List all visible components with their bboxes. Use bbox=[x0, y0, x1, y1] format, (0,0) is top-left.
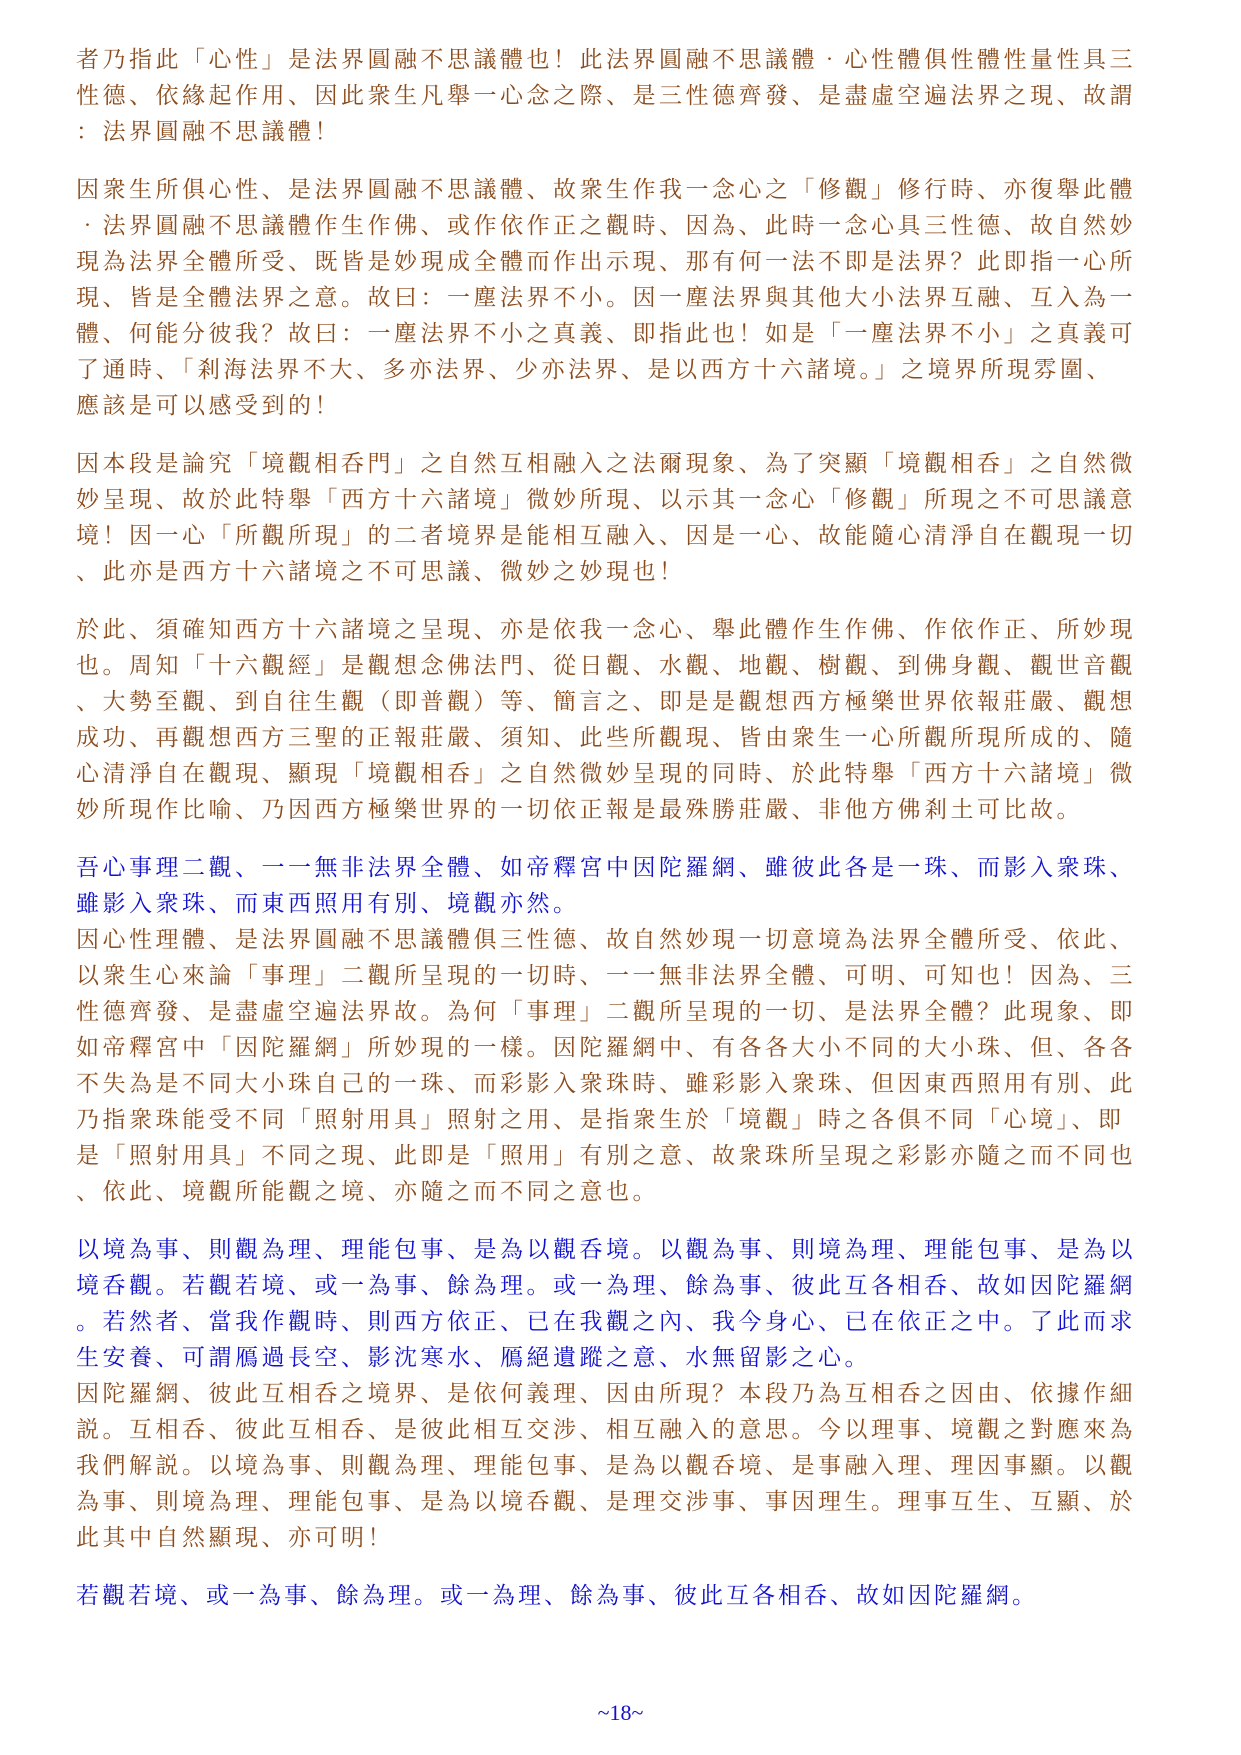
quote-line: 若觀若境、或一為事、餘為理。或一為理、餘為事、彼此互各相呑、故如因陀羅網。 bbox=[76, 1578, 1166, 1614]
text-line: 是「照射用具」不同之現、此即是「照用」有別之意、故衆珠所呈現之彩影亦隨之而不同也 bbox=[76, 1138, 1166, 1174]
text-line: 為事、則境為理、理能包事、是為以境呑觀、是理交涉事、事因理生。理事互生、互顯、於 bbox=[76, 1484, 1166, 1520]
text-line: 如帝釋宮中「因陀羅網」所妙現的一樣。因陀羅網中、有各各大小不同的大小珠、但、各各 bbox=[76, 1030, 1166, 1066]
text-line: 我們解説。以境為事、則觀為理、理能包事、是為以觀呑境、是事融入理、理因事顯。以觀 bbox=[76, 1448, 1166, 1484]
text-line: 、此亦是西方十六諸境之不可思議、微妙之妙現也！ bbox=[76, 554, 1166, 590]
quote-line: 生安養、可謂鴈過長空、影沈寒水、鴈絕遺蹤之意、水無留影之心。 bbox=[76, 1340, 1166, 1376]
text-line: 妙所現作比喻、乃因西方極樂世界的一切依正報是最殊勝莊嚴、非他方佛剎土可比故。 bbox=[76, 792, 1166, 828]
text-line: 因本段是論究「境觀相呑門」之自然互相融入之法爾現象、為了突顯「境觀相呑」之自然微 bbox=[76, 446, 1166, 482]
text-line: 境！因一心「所觀所現」的二者境界是能相互融入、因是一心、故能隨心清淨自在觀現一切 bbox=[76, 518, 1166, 554]
text-line: 妙呈現、故於此特舉「西方十六諸境」微妙所現、以示其一念心「修觀」所現之不可思議意 bbox=[76, 482, 1166, 518]
text-line: 現、皆是全體法界之意。故曰：一塵法界不小。因一塵法界與其他大小法界互融、互入為一 bbox=[76, 280, 1166, 316]
quote-line: 吾心事理二觀、一一無非法界全體、如帝釋宮中因陀羅網、雖彼此各是一珠、而影入衆珠、 bbox=[76, 850, 1166, 886]
text-line: 、依此、境觀所能觀之境、亦隨之而不同之意也。 bbox=[76, 1174, 1166, 1210]
text-line: 性德、依緣起作用、因此衆生凡舉一心念之際、是三性德齊發、是盡虛空遍法界之現、故謂 bbox=[76, 78, 1166, 114]
text-line: 乃指衆珠能受不同「照射用具」照射之用、是指衆生於「境觀」時之各俱不同「心境」、即 bbox=[76, 1102, 1166, 1138]
text-line: 現為法界全體所受、既皆是妙現成全體而作出示現、那有何一法不即是法界？此即指一心所 bbox=[76, 244, 1166, 280]
paragraph-7: 若觀若境、或一為事、餘為理。或一為理、餘為事、彼此互各相呑、故如因陀羅網。 bbox=[76, 1578, 1166, 1614]
text-line: 者乃指此「心性」是法界圓融不思議體也！此法界圓融不思議體‧心性體俱性體性量性具三 bbox=[76, 42, 1166, 78]
text-line: ‧法界圓融不思議體作生作佛、或作依作正之觀時、因為、此時一念心具三性德、故自然妙 bbox=[76, 208, 1166, 244]
text-line: 成功、再觀想西方三聖的正報莊嚴、須知、此些所觀現、皆由衆生一心所觀所現所成的、隨 bbox=[76, 720, 1166, 756]
text-line: 了通時、「剎海法界不大、多亦法界、少亦法界、是以西方十六諸境。」之境界所現雰圍、 bbox=[76, 352, 1166, 388]
text-line: 也。周知「十六觀經」是觀想念佛法門、從日觀、水觀、地觀、樹觀、到佛身觀、觀世音觀 bbox=[76, 648, 1166, 684]
page-number: ~18~ bbox=[0, 1700, 1241, 1726]
paragraph-6: 以境為事、則觀為理、理能包事、是為以觀呑境。以觀為事、則境為理、理能包事、是為以… bbox=[76, 1232, 1166, 1556]
quote-line: 以境為事、則觀為理、理能包事、是為以觀呑境。以觀為事、則境為理、理能包事、是為以 bbox=[76, 1232, 1166, 1268]
paragraph-2: 因衆生所俱心性、是法界圓融不思議體、故衆生作我一念心之「修觀」修行時、亦復舉此體… bbox=[76, 172, 1166, 424]
document-page: 者乃指此「心性」是法界圓融不思議體也！此法界圓融不思議體‧心性體俱性體性量性具三… bbox=[76, 42, 1166, 1636]
text-line: 應該是可以感受到的！ bbox=[76, 388, 1166, 424]
paragraph-3: 因本段是論究「境觀相呑門」之自然互相融入之法爾現象、為了突顯「境觀相呑」之自然微… bbox=[76, 446, 1166, 590]
text-line: 此其中自然顯現、亦可明！ bbox=[76, 1520, 1166, 1556]
paragraph-1: 者乃指此「心性」是法界圓融不思議體也！此法界圓融不思議體‧心性體俱性體性量性具三… bbox=[76, 42, 1166, 150]
text-line: 因陀羅網、彼此互相呑之境界、是依何義理、因由所現？本段乃為互相呑之因由、依據作細 bbox=[76, 1376, 1166, 1412]
text-line: 因衆生所俱心性、是法界圓融不思議體、故衆生作我一念心之「修觀」修行時、亦復舉此體 bbox=[76, 172, 1166, 208]
text-line: 性德齊發、是盡虛空遍法界故。為何「事理」二觀所呈現的一切、是法界全體？此現象、即 bbox=[76, 994, 1166, 1030]
quote-line: 境呑觀。若觀若境、或一為事、餘為理。或一為理、餘為事、彼此互各相呑、故如因陀羅網 bbox=[76, 1268, 1166, 1304]
text-line: 體、何能分彼我？故曰：一塵法界不小之真義、即指此也！如是「一塵法界不小」之真義可 bbox=[76, 316, 1166, 352]
quote-line: 。若然者、當我作觀時、則西方依正、已在我觀之內、我今身心、已在依正之中。了此而求 bbox=[76, 1304, 1166, 1340]
text-line: ：法界圓融不思議體！ bbox=[76, 114, 1166, 150]
text-line: 以衆生心來論「事理」二觀所呈現的一切時、一一無非法界全體、可明、可知也！因為、三 bbox=[76, 958, 1166, 994]
paragraph-4: 於此、須確知西方十六諸境之呈現、亦是依我一念心、舉此體作生作佛、作依作正、所妙現… bbox=[76, 612, 1166, 828]
text-line: 因心性理體、是法界圓融不思議體俱三性德、故自然妙現一切意境為法界全體所受、依此、 bbox=[76, 922, 1166, 958]
text-line: 於此、須確知西方十六諸境之呈現、亦是依我一念心、舉此體作生作佛、作依作正、所妙現 bbox=[76, 612, 1166, 648]
quote-line: 雖影入衆珠、而東西照用有別、境觀亦然。 bbox=[76, 886, 1166, 922]
paragraph-5: 吾心事理二觀、一一無非法界全體、如帝釋宮中因陀羅網、雖彼此各是一珠、而影入衆珠、… bbox=[76, 850, 1166, 1210]
text-line: 不失為是不同大小珠自己的一珠、而彩影入衆珠時、雖彩影入衆珠、但因東西照用有別、此 bbox=[76, 1066, 1166, 1102]
text-line: 説。互相呑、彼此互相呑、是彼此相互交涉、相互融入的意思。今以理事、境觀之對應來為 bbox=[76, 1412, 1166, 1448]
text-line: 心清淨自在觀現、顯現「境觀相呑」之自然微妙呈現的同時、於此特舉「西方十六諸境」微 bbox=[76, 756, 1166, 792]
text-line: 、大勢至觀、到自往生觀（即普觀）等、簡言之、即是是觀想西方極樂世界依報莊嚴、觀想 bbox=[76, 684, 1166, 720]
